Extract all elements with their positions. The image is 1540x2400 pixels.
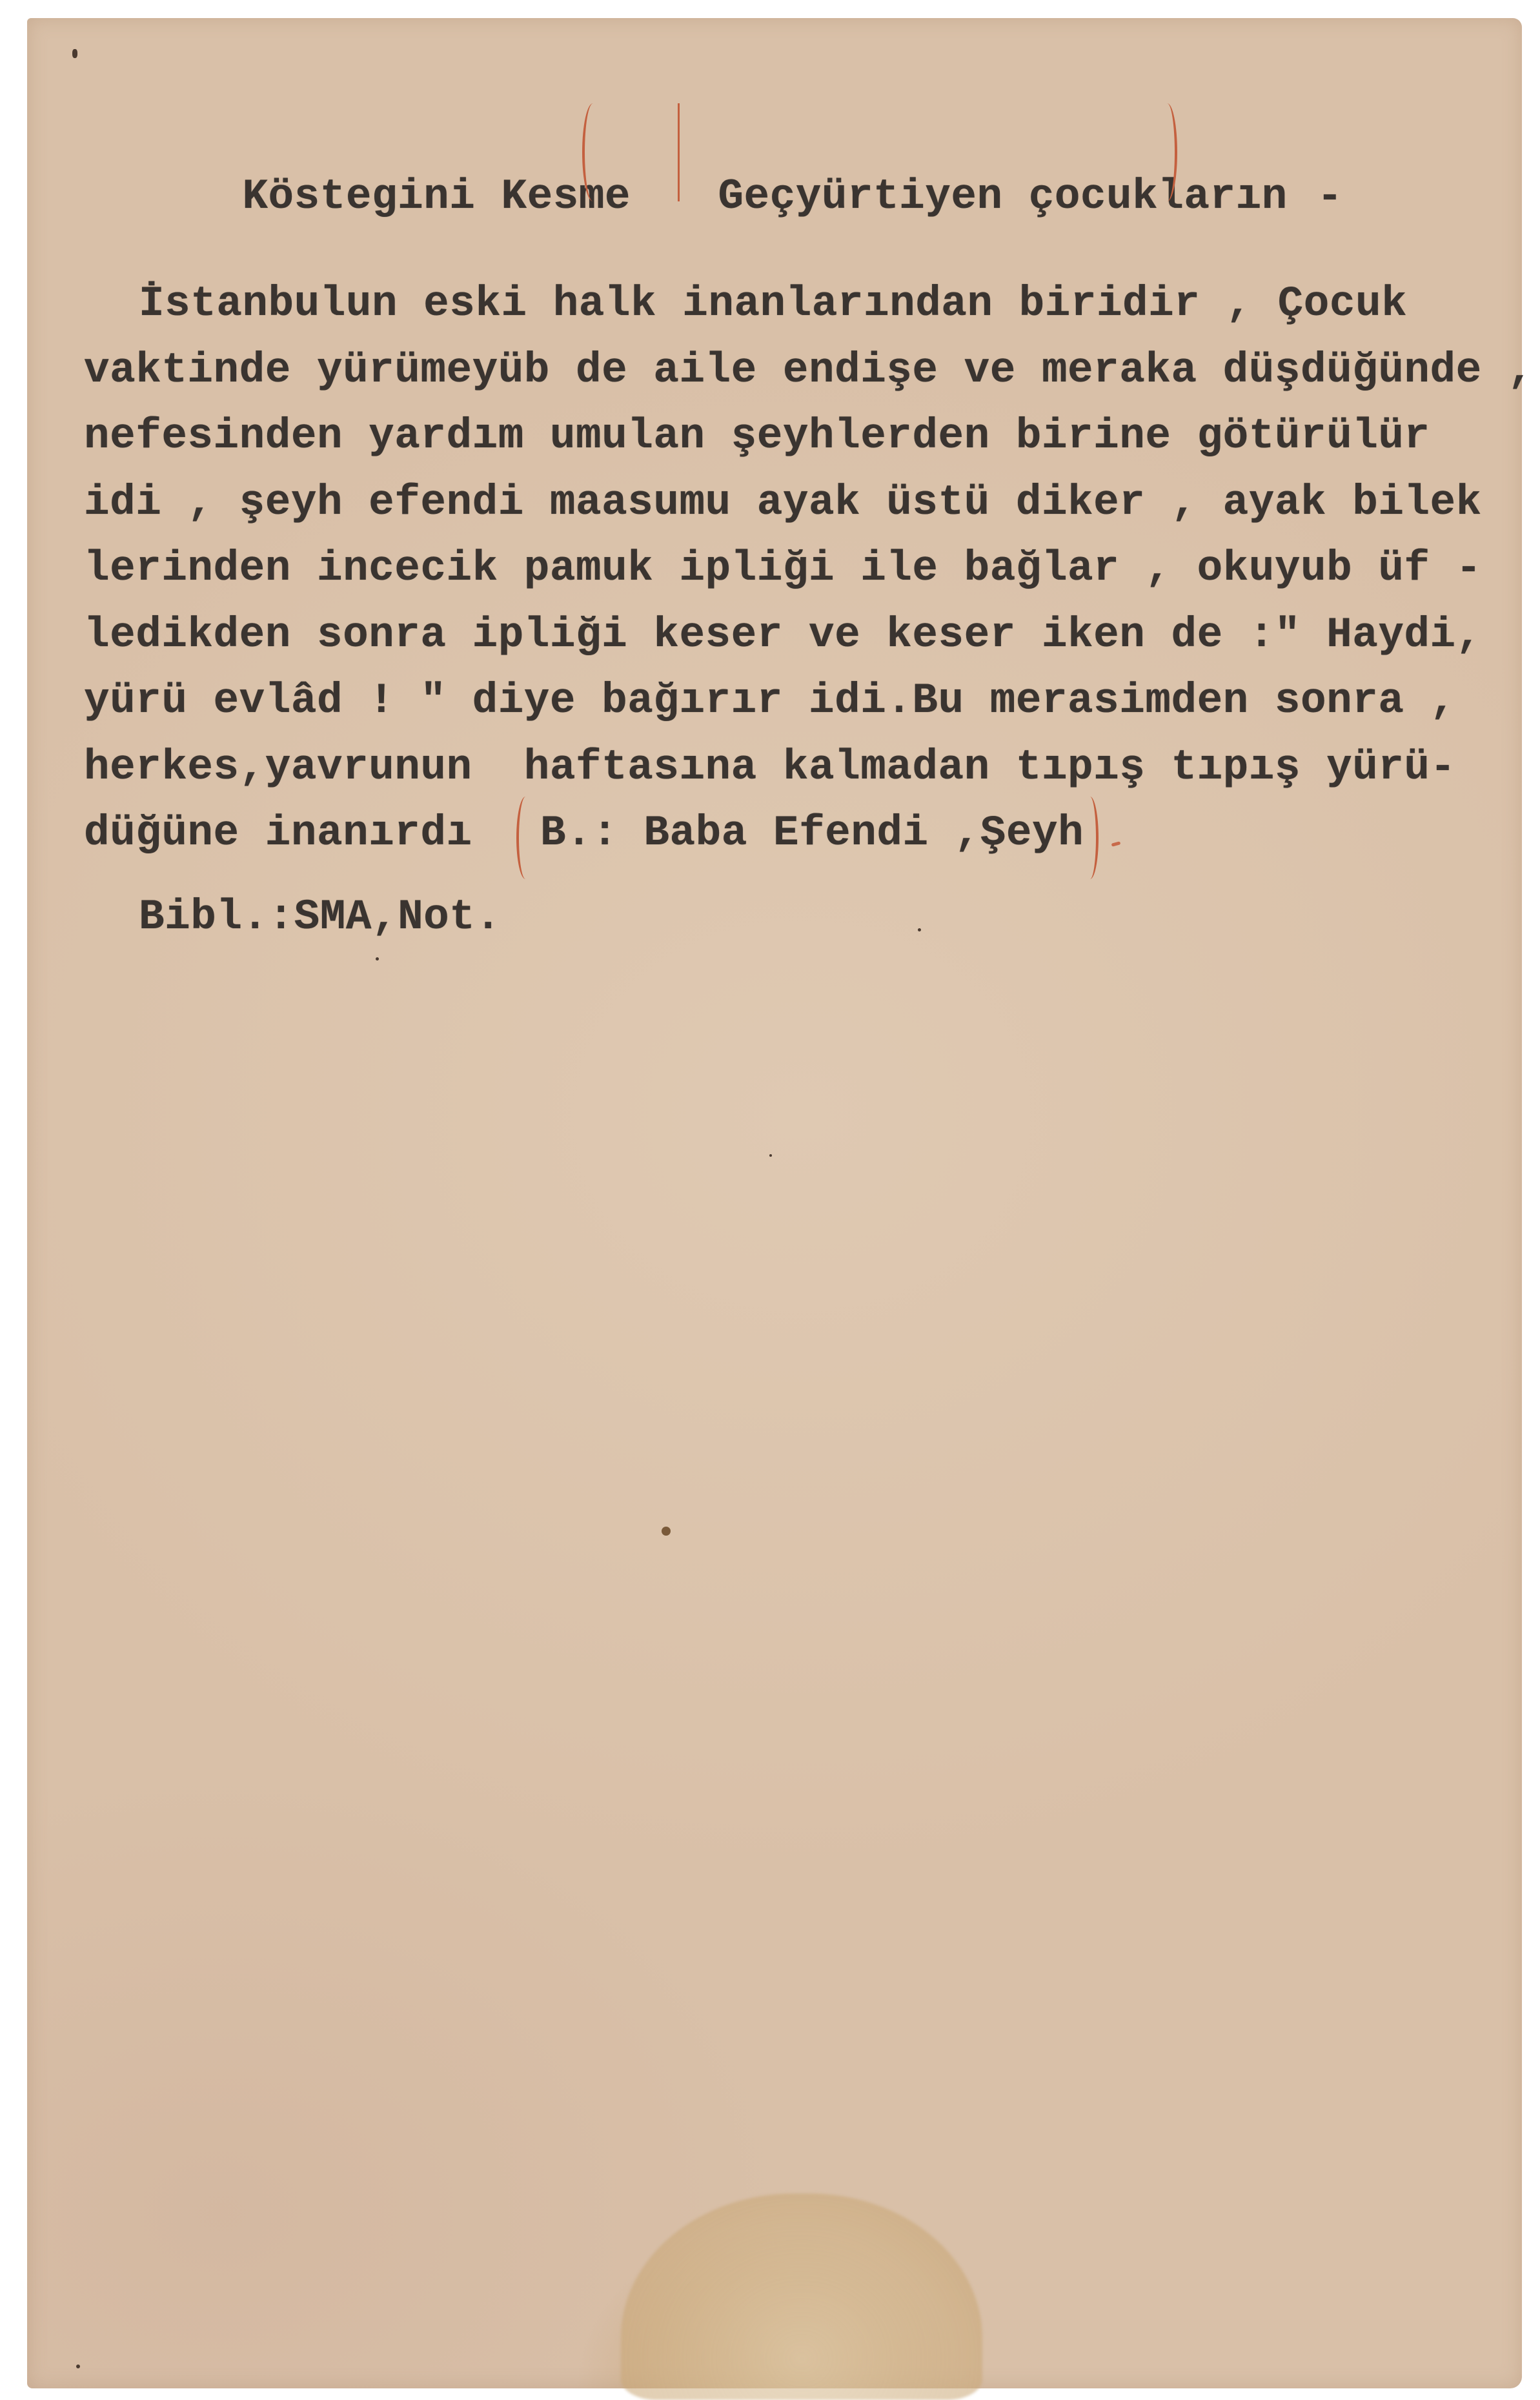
entry-title: Köstegini Kesme [139, 133, 631, 261]
ink-speck [76, 2364, 80, 2368]
bibliography: Bibl.:SMA,Not. [139, 896, 502, 939]
red-vertical-line [678, 103, 680, 201]
body-line-6: ledikden sonra ipliği keser ve keser ike… [84, 614, 1482, 656]
body-line-9: düğüne inanırdı [84, 812, 472, 855]
ink-speck [72, 49, 77, 58]
paper-sheet: Köstegini Kesme Geçyürtiyen çocukların -… [27, 18, 1522, 2388]
red-left-parenthesis [582, 103, 600, 201]
ink-speck [769, 1154, 772, 1157]
body-line-3: nefesinden yardım umulan şeyhlerden biri… [84, 415, 1430, 458]
title-main: Köstegini Kesme [242, 172, 631, 221]
ink-speck [662, 1527, 671, 1536]
ink-speck [376, 957, 379, 961]
title-dash: - [1213, 133, 1343, 261]
body-line-1: İstanbulun eski halk inanlarından biridi… [139, 283, 1407, 325]
body-line-7: yürü evlâd ! " diye bağırır idi.Bu meras… [84, 680, 1456, 722]
title-parenthetical: Geçyürtiyen çocukların [614, 133, 1288, 261]
body-line-5: lerinden incecik pamuk ipliği ile bağlar… [84, 547, 1482, 590]
red-left-parenthesis [516, 797, 532, 879]
red-dash-mark [1111, 841, 1121, 846]
red-right-parenthesis [1084, 797, 1099, 879]
body-line-4: idi , şeyh efendi maasumu ayak üstü dike… [84, 482, 1482, 524]
ink-speck [918, 928, 921, 931]
body-line-2: vaktinde yürümeyüb de aile endişe ve mer… [84, 349, 1534, 392]
water-stain [621, 2193, 982, 2400]
body-line-8: herkes,yavrunun haftasına kalmadan tıpış… [84, 746, 1456, 789]
see-also-reference: B.: Baba Efendi ,Şeyh [540, 812, 1084, 855]
